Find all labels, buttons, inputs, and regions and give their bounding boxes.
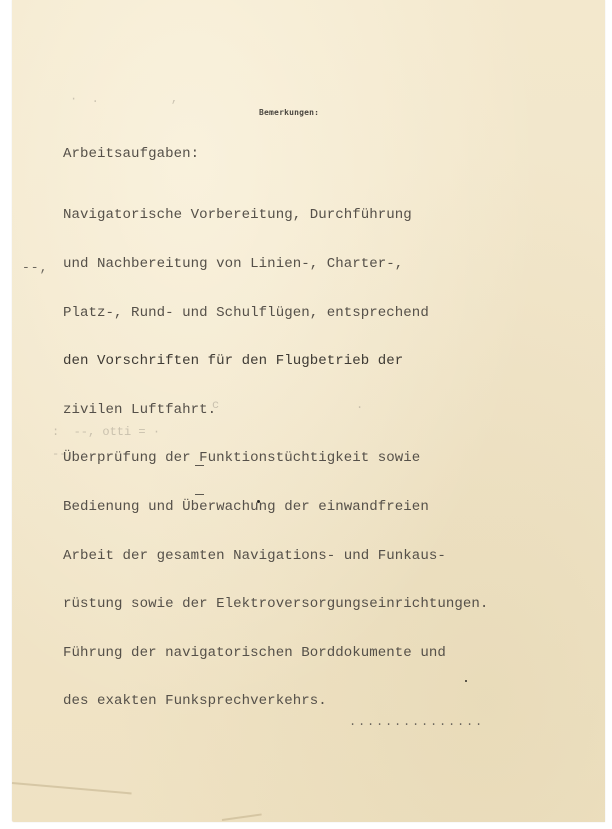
body-line: Führung der navigatorischen Borddokument… (63, 645, 488, 661)
body-line: den Vorschriften für den Flugbetrieb der (63, 353, 488, 369)
body-line: Bedienung und Überwachung der einwandfre… (63, 499, 488, 515)
signature-line: ............... (349, 715, 484, 729)
body-line: und Nachbereitung von Linien-, Charter-, (63, 256, 488, 272)
body-line: Überprüfung der Funktionstüchtigkeit sow… (63, 450, 488, 466)
body-line: zivilen Luftfahrt. (63, 402, 488, 418)
show-through-mark: · . , (70, 92, 178, 106)
paper-crease (222, 813, 262, 821)
body-line: rüstung sowie der Elektroversorgungseinr… (63, 596, 488, 612)
body-line: Platz-, Rund- und Schulflügen, entsprech… (63, 305, 488, 321)
body-line: Navigatorische Vorbereitung, Durchführun… (63, 207, 488, 223)
section-title: Arbeitsaufgaben: (63, 146, 199, 162)
margin-mark: --, (22, 260, 48, 275)
remarks-heading: Bemerkungen: (259, 108, 319, 117)
body-text: Navigatorische Vorbereitung, Durchführun… (63, 175, 488, 726)
body-line: des exakten Funksprechverkehrs. (63, 693, 488, 709)
paper-crease (12, 782, 132, 794)
body-line: Arbeit der gesamten Navigations- und Fun… (63, 548, 488, 564)
